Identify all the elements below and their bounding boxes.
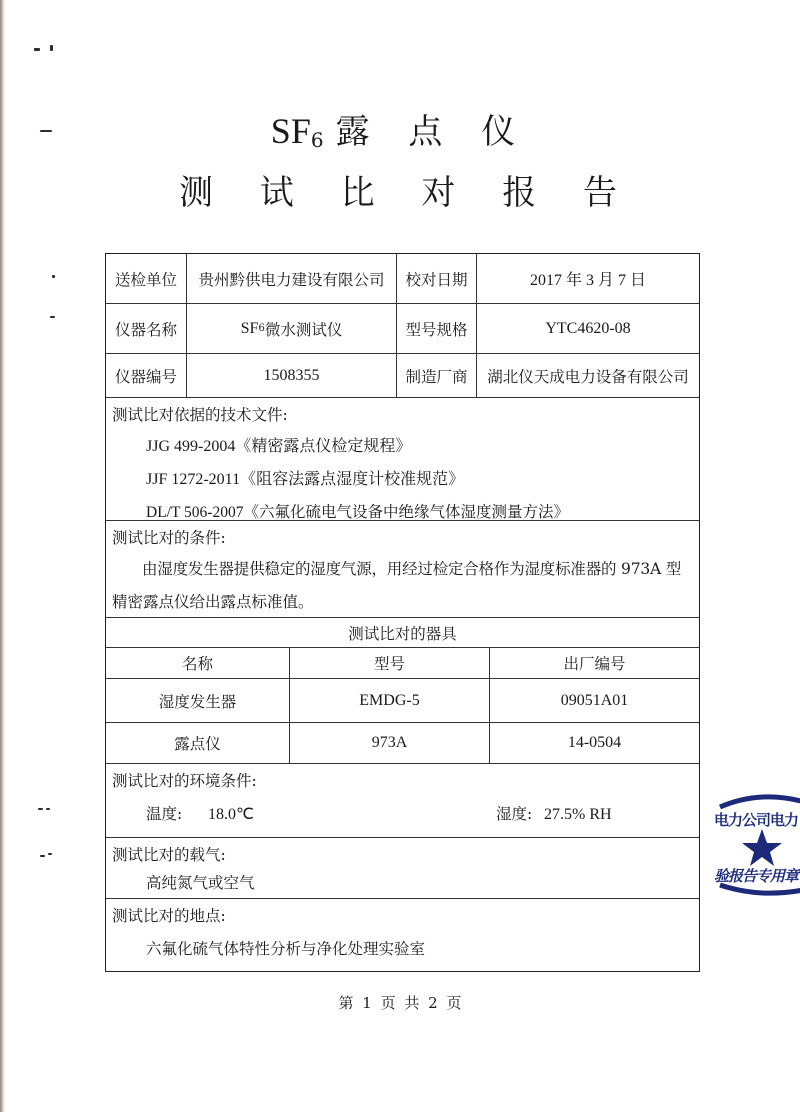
info-row: 仪器编号 1508355 制造厂商 湖北仪天成电力设备有限公司 [106,354,699,398]
temperature-label: 温度: [146,798,182,831]
instrument-serial: 14-0504 [490,723,699,763]
value-instrument-number: 1508355 [187,354,397,397]
instruments-heading-row: 测试比对的器具 [106,618,699,648]
conditions-text-line2: 精密露点仪给出露点标准值。 [112,586,699,619]
basis-item: JJG 499-2004《精密露点仪检定规程》 [112,430,699,463]
scan-speck [38,808,43,810]
conditions-text-line1: 由湿度发生器提供稳定的湿度气源，用经过检定合格作为湿度标准器的 973A 型 [112,553,699,586]
scan-speck [40,855,45,857]
scan-speck [48,853,52,855]
value-model-spec: YTC4620-08 [477,304,699,353]
scan-speck [50,316,55,318]
humidity-label: 湿度: [496,798,532,831]
carrier-gas-section: 测试比对的载气: 高纯氮气或空气 [106,838,699,899]
value-instrument-name: SF6 微水测试仪 [187,304,397,353]
scan-speck [46,808,50,810]
official-seal-stamp: 电力公司电力 验报告专用章 [712,785,800,905]
info-row: 送检单位 贵州黔供电力建设有限公司 校对日期 2017 年 3 月 7 日 [106,254,699,304]
basis-section: 测试比对依据的技术文件: JJG 499-2004《精密露点仪检定规程》 JJF… [106,398,699,521]
column-header-model: 型号 [290,648,490,678]
seal-star-icon [712,785,800,905]
instrument-name-prefix: SF [241,320,259,338]
humidity-value: 27.5% RH [544,798,612,831]
label-submitting-unit: 送检单位 [106,254,187,303]
report-table: 送检单位 贵州黔供电力建设有限公司 校对日期 2017 年 3 月 7 日 仪器… [105,253,700,972]
environment-values: 温度: 18.0℃ 湿度: 27.5% RH [112,798,699,831]
stamp-top-text: 电力公司电力 [714,809,798,830]
instrument-serial: 09051A01 [490,679,699,722]
value-submitting-unit: 贵州黔供电力建设有限公司 [187,254,397,303]
instrument-name: 湿度发生器 [106,679,290,722]
value-calibration-date: 2017 年 3 月 7 日 [477,254,699,303]
scan-speck [52,275,55,278]
conditions-block: 测试比对的条件: 由湿度发生器提供稳定的湿度气源，用经过检定合格作为湿度标准器的… [106,521,699,617]
info-row: 仪器名称 SF6 微水测试仪 型号规格 YTC4620-08 [106,304,699,354]
location-value: 六氟化硫气体特性分析与净化处理实验室 [112,933,699,966]
report-title-line1: SF6露 点 仪 [0,104,800,153]
basis-heading: 测试比对依据的技术文件: [112,404,699,430]
title-subscript: 6 [311,128,336,152]
label-instrument-name: 仪器名称 [106,304,187,353]
location-heading: 测试比对的地点: [112,905,699,933]
stamp-bottom-text: 验报告专用章 [714,865,798,886]
instrument-row: 湿度发生器 EMDG-5 09051A01 [106,679,699,723]
environment-block: 测试比对的环境条件: 温度: 18.0℃ 湿度: 27.5% RH [106,764,699,837]
environment-section: 测试比对的环境条件: 温度: 18.0℃ 湿度: 27.5% RH [106,764,699,838]
label-instrument-number: 仪器编号 [106,354,187,397]
column-header-serial: 出厂编号 [490,648,699,678]
scan-speck [34,48,40,51]
page-number: 第 1 页 共 2 页 [0,992,800,1013]
instruments-header-row: 名称 型号 出厂编号 [106,648,699,679]
instrument-model: EMDG-5 [290,679,490,722]
environment-heading: 测试比对的环境条件: [112,770,699,798]
column-header-name: 名称 [106,648,290,678]
report-title-line2: 测 试 比 对 报 告 [0,165,800,214]
carrier-gas-value: 高纯氮气或空气 [112,870,699,896]
scan-speck [50,45,53,51]
value-manufacturer: 湖北仪天成电力设备有限公司 [477,354,699,397]
instrument-name: 露点仪 [106,723,290,763]
basis-block: 测试比对依据的技术文件: JJG 499-2004《精密露点仪检定规程》 JJF… [106,398,699,520]
instrument-name-rest: 微水测试仪 [265,318,343,340]
instrument-row: 露点仪 973A 14-0504 [106,723,699,764]
location-section: 测试比对的地点: 六氟化硫气体特性分析与净化处理实验室 [106,899,699,971]
basis-item: JJF 1272-2011《阻容法露点湿度计校准规范》 [112,463,699,496]
location-block: 测试比对的地点: 六氟化硫气体特性分析与净化处理实验室 [106,899,699,971]
temperature-value: 18.0℃ [208,798,254,831]
conditions-heading: 测试比对的条件: [112,527,699,553]
title-sf: SF [271,111,311,151]
carrier-gas-block: 测试比对的载气: 高纯氮气或空气 [106,838,699,898]
title-instrument: 露 点 仪 [336,112,530,152]
label-calibration-date: 校对日期 [397,254,477,303]
label-model-spec: 型号规格 [397,304,477,353]
instruments-heading: 测试比对的器具 [106,618,699,647]
label-manufacturer: 制造厂商 [397,354,477,397]
carrier-gas-heading: 测试比对的载气: [112,844,699,870]
instrument-model: 973A [290,723,490,763]
conditions-section: 测试比对的条件: 由湿度发生器提供稳定的湿度气源，用经过检定合格作为湿度标准器的… [106,521,699,618]
